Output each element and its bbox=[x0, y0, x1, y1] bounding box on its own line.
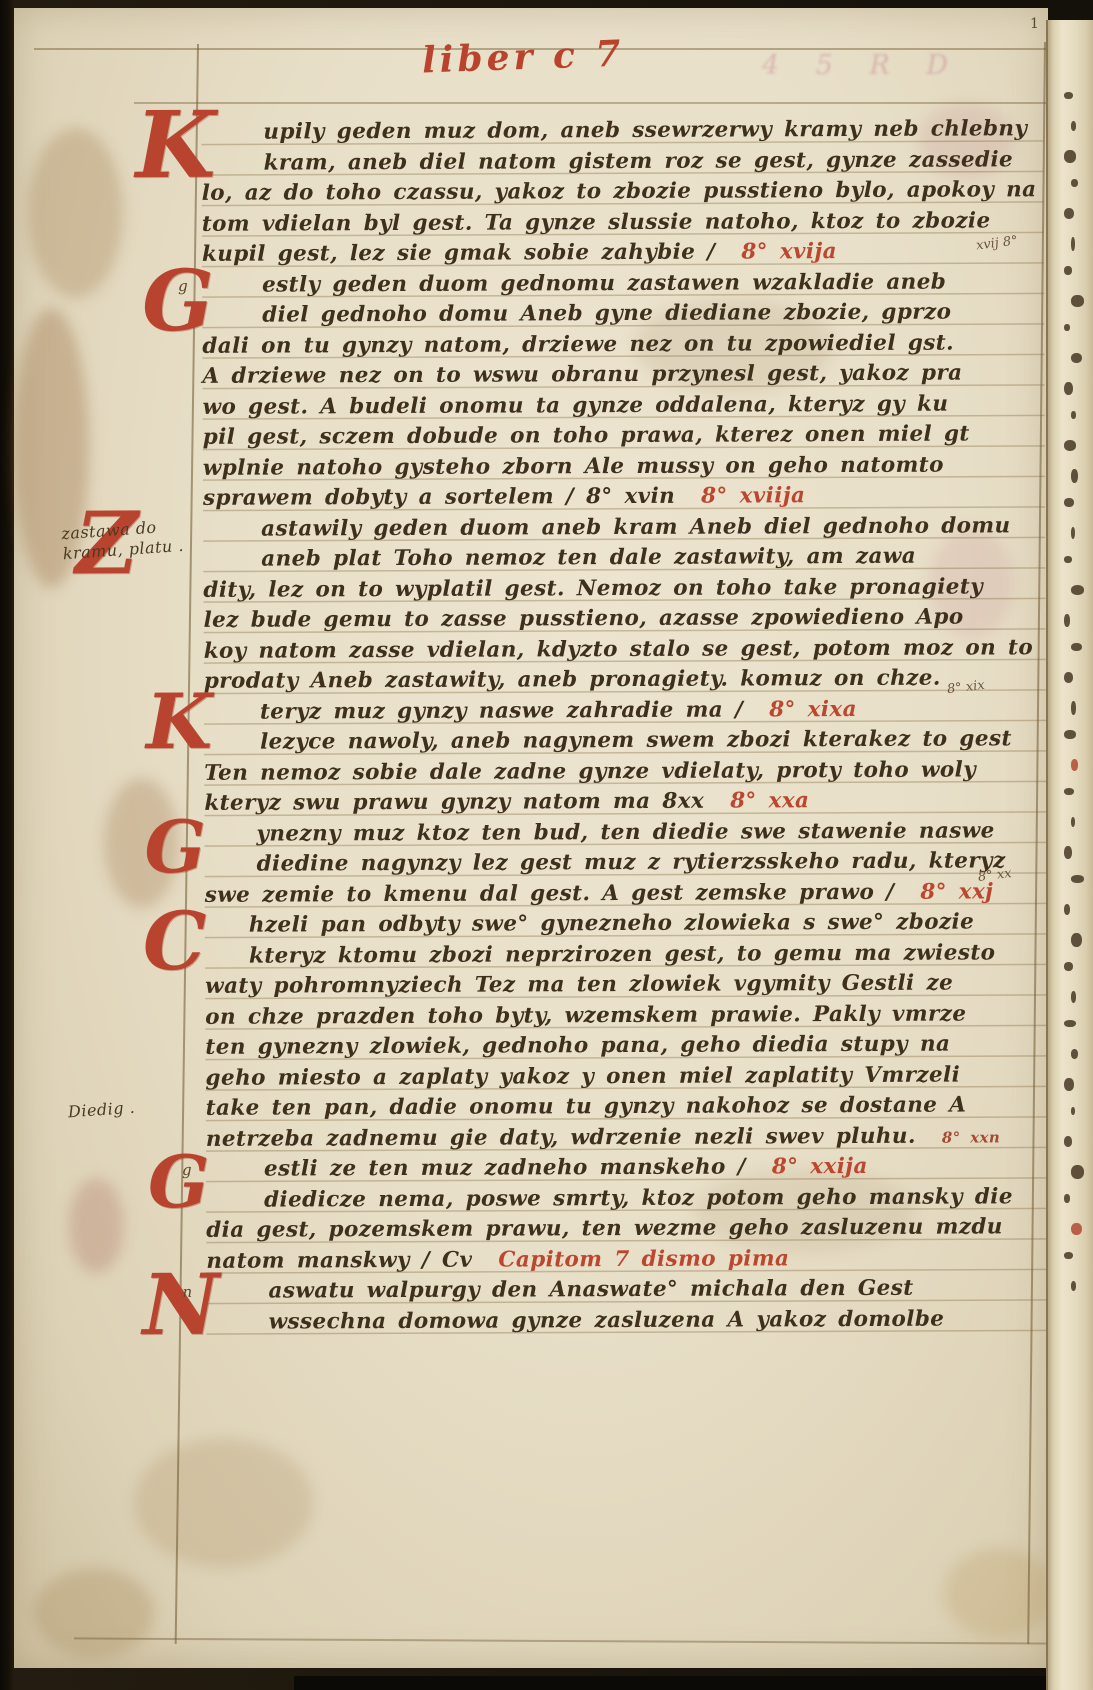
line-text: Ten nemoz sobie dale zadne gynze vdielat… bbox=[204, 757, 976, 785]
manuscript-text-line: ten gynezny zlowiek, gednoho pana, geho … bbox=[205, 1029, 1047, 1063]
manuscript-text-line: Ten nemoz sobie dale zadne gynze vdielat… bbox=[204, 755, 1046, 789]
next-page-text-sliver bbox=[1071, 1107, 1075, 1115]
next-page-text-sliver bbox=[1064, 324, 1070, 331]
next-page-text-sliver bbox=[1071, 817, 1075, 827]
illuminated-initial: G bbox=[148, 1151, 210, 1212]
line-text: lo, az do toho czassu, yakoz to zbozie p… bbox=[202, 177, 1037, 206]
line-text: koy natom zasse vdielan, kdyzto stalo se… bbox=[204, 635, 1034, 664]
manuscript-text-line: diedine nagynzy lez gest muz z rytierzss… bbox=[205, 846, 1047, 880]
text-section: Kteryz muz gynzy naswe zahradie ma /8° x… bbox=[204, 694, 1047, 820]
manuscript-text-line: aswatu walpurgy den Anaswate° michala de… bbox=[206, 1273, 1048, 1307]
next-page-text-sliver bbox=[1071, 237, 1075, 251]
next-page-text-sliver bbox=[1064, 614, 1070, 627]
line-text: kteryz swu prawu gynzy natom ma 8xx bbox=[204, 789, 704, 816]
margin-note-line: Diedig . bbox=[67, 1098, 135, 1123]
next-page-text-sliver bbox=[1071, 875, 1084, 883]
next-page-text-sliver bbox=[1064, 672, 1073, 683]
manuscript-text-line: wo gest. A budeli onomu ta gynze oddalen… bbox=[203, 389, 1045, 423]
manuscript-text-line: hzeli pan odbyty swe° gynezneho zlowieka… bbox=[205, 907, 1047, 941]
next-page-text-sliver bbox=[1071, 1281, 1076, 1291]
manuscript-page: liber c 7 4 5 R D 1 Kupily geden muz dom… bbox=[14, 8, 1048, 1668]
manuscript-text-line: lez bude gemu to zasse pusstieno, azasse… bbox=[203, 602, 1045, 636]
next-page-text-sliver bbox=[1064, 266, 1072, 275]
text-section: Ggestly geden duom gednomu zastawen wzak… bbox=[202, 267, 1045, 515]
text-section: Kupily geden muz dom, aneb ssewrzerwy kr… bbox=[201, 114, 1044, 270]
line-text: diel gednoho domu Aneb gyne diediane zbo… bbox=[262, 300, 951, 328]
rubric-chapter-reference: 8° xixa bbox=[769, 696, 857, 721]
next-page-text-sliver bbox=[1071, 469, 1078, 483]
next-page-text-sliver bbox=[1071, 353, 1082, 363]
manuscript-text-line: lezyce nawoly, aneb nagynem swem zbozi k… bbox=[204, 724, 1046, 758]
line-text: upily geden muz dom, aneb ssewrzerwy kra… bbox=[263, 116, 1027, 144]
manuscript-text-line: estly geden duom gednomu zastawen wzakla… bbox=[202, 267, 1044, 301]
manuscript-text-line: kram, aneb diel natom gistem roz se gest… bbox=[201, 145, 1043, 179]
line-text: netrzeba zadnemu gie daty, wdrzenie nezl… bbox=[206, 1123, 916, 1151]
rubric-chapter-reference: 8° xxa bbox=[730, 788, 809, 813]
next-page-text-sliver bbox=[1071, 411, 1076, 419]
rubric-chapter-reference: 8° xxija bbox=[772, 1154, 868, 1179]
ruling-line-bottom bbox=[74, 1637, 1054, 1644]
manuscript-text-line: wssechna domowa gynze zasluzena A yakoz … bbox=[207, 1304, 1049, 1338]
manuscript-text-line: diel gednoho domu Aneb gyne diediane zbo… bbox=[202, 297, 1044, 331]
manuscript-text-line: teryz muz gynzy naswe zahradie ma /8° xi… bbox=[204, 694, 1046, 728]
illuminated-initial: G bbox=[144, 815, 206, 876]
next-page-text-sliver bbox=[1064, 150, 1076, 163]
next-page-text-sliver bbox=[1064, 846, 1072, 859]
text-block: Kupily geden muz dom, aneb ssewrzerwy kr… bbox=[201, 114, 1048, 1338]
manuscript-text-line: prodaty Aneb zastawity, aneb pronagiety.… bbox=[204, 663, 1046, 697]
line-text: wplnie natoho gysteho zborn Ale mussy on… bbox=[203, 452, 944, 480]
line-text: prodaty Aneb zastawity, aneb pronagiety.… bbox=[204, 666, 941, 694]
line-text: ten gynezny zlowiek, gednoho pana, geho … bbox=[205, 1032, 950, 1060]
rubric-chapter-reference: 8° xviija bbox=[701, 483, 805, 508]
line-text: on chze prazden toho byty, wzemskem praw… bbox=[205, 1001, 966, 1029]
next-page-text-sliver bbox=[1064, 1252, 1073, 1259]
next-page-text-sliver bbox=[1064, 904, 1070, 915]
next-page-text-sliver bbox=[1071, 295, 1084, 307]
rubric-chapter-reference: 8° xvija bbox=[741, 239, 837, 264]
manuscript-text-line: geho miesto a zaplaty yakoz y onen miel … bbox=[205, 1060, 1047, 1094]
line-text: dity, lez on to wyplatil gest. Nemoz on … bbox=[203, 574, 983, 602]
next-page-text-sliver bbox=[1071, 1049, 1078, 1059]
line-text: sprawem dobyty a sortelem / 8° xvin bbox=[203, 484, 675, 511]
line-text: aswatu walpurgy den Anaswate° michala de… bbox=[268, 1276, 913, 1304]
text-section: Chzeli pan odbyty swe° gynezneho zlowiek… bbox=[205, 907, 1048, 1155]
text-section: Zastawily geden duom aneb kram Aneb diel… bbox=[203, 511, 1046, 698]
next-page-text-sliver bbox=[1064, 92, 1073, 99]
next-page-text-sliver bbox=[1071, 991, 1076, 1003]
manuscript-text-line: wplnie natoho gysteho zborn Ale mussy on… bbox=[203, 450, 1045, 484]
next-page-text-sliver bbox=[1071, 585, 1084, 595]
manuscript-text-line: take ten pan, dadie onomu tu gynzy nakoh… bbox=[206, 1090, 1048, 1124]
illuminated-initial: C bbox=[143, 907, 207, 975]
line-text: teryz muz gynzy naswe zahradie ma / bbox=[260, 697, 743, 724]
line-text: take ten pan, dadie onomu tu gynzy nakoh… bbox=[206, 1093, 967, 1121]
ruling-line-header bbox=[134, 102, 1046, 104]
rubric-chapter-reference: 8° xxn bbox=[942, 1128, 1000, 1146]
margin-note: Diedig . bbox=[67, 1098, 135, 1123]
line-text: geho miesto a zaplaty yakoz y onen miel … bbox=[205, 1062, 960, 1090]
manuscript-text-line: pil gest, sczem dobude on toho prawa, kt… bbox=[203, 419, 1045, 453]
next-page-text-sliver bbox=[1064, 962, 1073, 971]
line-text: ynezny muz ktoz ten bud, ten diedie swe … bbox=[256, 818, 994, 846]
next-page-text-sliver bbox=[1071, 759, 1078, 771]
next-page-text-sliver bbox=[1071, 179, 1078, 187]
parchment-stain bbox=[34, 1568, 154, 1658]
illuminated-initial: K bbox=[146, 689, 212, 754]
line-text: lez bude gemu to zasse pusstieno, azasse… bbox=[203, 605, 963, 633]
manuscript-text-line: estli ze ten muz zadneho manskeho /8° xx… bbox=[206, 1151, 1048, 1185]
line-text: kram, aneb diel natom gistem roz se gest… bbox=[263, 147, 1013, 175]
text-section: Nnaswatu walpurgy den Anaswate° michala … bbox=[206, 1273, 1048, 1338]
line-text: lezyce nawoly, aneb nagynem swem zbozi k… bbox=[260, 726, 1012, 754]
line-text: natom manskwy / Cv bbox=[206, 1247, 472, 1273]
next-page-text-sliver bbox=[1064, 208, 1074, 219]
manuscript-text-line: natom manskwy / CvCapitom 7 dismo pima bbox=[206, 1243, 1048, 1277]
line-text: estly geden duom gednomu zastawen wzakla… bbox=[262, 269, 946, 297]
next-page-text-sliver bbox=[1071, 121, 1076, 131]
manuscript-text-line: kteryz ktomu zbozi neprzirozen gest, to … bbox=[205, 938, 1047, 972]
text-section: Gynezny muz ktoz ten bud, ten diedie swe… bbox=[204, 816, 1046, 911]
manuscript-text-line: astawily geden duom aneb kram Aneb diel … bbox=[203, 511, 1045, 545]
manuscript-text-line: sprawem dobyty a sortelem / 8° xvin8° xv… bbox=[203, 480, 1045, 514]
manuscript-text-line: aneb plat Toho nemoz ten dale zastawity,… bbox=[203, 541, 1045, 575]
page-bottom-shadow bbox=[294, 1676, 1054, 1690]
line-text: hzeli pan odbyty swe° gynezneho zlowieka… bbox=[249, 909, 974, 937]
next-page-text-sliver bbox=[1064, 1020, 1076, 1027]
paragraph-mark: g bbox=[178, 276, 188, 294]
line-text: estli ze ten muz zadneho manskeho / bbox=[264, 1154, 746, 1181]
next-page-text-sliver bbox=[1071, 527, 1075, 539]
ghost-stamp: 4 5 R D bbox=[762, 50, 962, 81]
manuscript-text-line: waty pohromnyziech Tez ma ten zlowiek vg… bbox=[205, 968, 1047, 1002]
line-text: dia gest, pozemskem prawu, ten wezme geh… bbox=[206, 1214, 1003, 1242]
manuscript-text-line: dali on tu gynzy natom, drziewe nez on t… bbox=[202, 328, 1044, 362]
text-section: Ggestli ze ten muz zadneho manskeho /8° … bbox=[206, 1151, 1049, 1277]
manuscript-text-line: lo, az do toho czassu, yakoz to zbozie p… bbox=[202, 175, 1044, 209]
line-text: wo gest. A budeli onomu ta gynze oddalen… bbox=[203, 391, 949, 419]
manuscript-scan: liber c 7 4 5 R D 1 Kupily geden muz dom… bbox=[0, 0, 1093, 1690]
manuscript-text-line: tom vdielan byl gest. Ta gynze slussie n… bbox=[202, 206, 1044, 240]
manuscript-text-line: dia gest, pozemskem prawu, ten wezme geh… bbox=[206, 1212, 1048, 1246]
manuscript-text-line: netrzeba zadnemu gie daty, wdrzenie nezl… bbox=[206, 1121, 1048, 1155]
next-page-text-sliver bbox=[1071, 1223, 1082, 1235]
next-page-text-sliver bbox=[1064, 1194, 1070, 1203]
manuscript-text-line: kteryz swu prawu gynzy natom ma 8xx8° xx… bbox=[204, 785, 1046, 819]
folio-number: 1 bbox=[1030, 16, 1039, 32]
manuscript-text-line: diedicze nema, poswe smrty, ktoz potom g… bbox=[206, 1182, 1048, 1216]
next-page-text-sliver bbox=[1064, 730, 1076, 739]
line-text: wssechna domowa gynze zasluzena A yakoz … bbox=[269, 1306, 945, 1334]
line-text: diedicze nema, poswe smrty, ktoz potom g… bbox=[264, 1184, 1013, 1212]
line-text: astawily geden duom aneb kram Aneb diel … bbox=[261, 513, 1011, 541]
next-page-text-sliver bbox=[1064, 556, 1072, 563]
next-page-text-sliver bbox=[1064, 1136, 1072, 1147]
illuminated-initial: N bbox=[142, 1269, 219, 1341]
parchment-stain bbox=[134, 1438, 314, 1568]
next-page-text-sliver bbox=[1064, 788, 1074, 795]
line-text: diedine nagynzy lez gest muz z rytierzss… bbox=[257, 848, 1006, 876]
manuscript-text-line: swe zemie to kmenu dal gest. A gest zems… bbox=[205, 877, 1047, 911]
next-page-text-sliver bbox=[1064, 440, 1076, 451]
line-text: kupil gest, lez sie gmak sobie zahybie / bbox=[202, 240, 716, 267]
manuscript-text-line: on chze prazden toho byty, wzemskem praw… bbox=[205, 999, 1047, 1033]
line-text: pil gest, sczem dobude on toho prawa, kt… bbox=[203, 421, 970, 449]
illuminated-initial: G bbox=[142, 264, 214, 336]
rubric-chapter-reference: Capitom 7 dismo pima bbox=[498, 1246, 789, 1272]
running-title: liber c 7 bbox=[421, 32, 625, 81]
line-text: A drziewe nez on to wswu obranu przynesl… bbox=[202, 361, 962, 389]
book-fore-edge bbox=[1046, 20, 1093, 1690]
manuscript-text-line: upily geden muz dom, aneb ssewrzerwy kra… bbox=[201, 114, 1043, 148]
line-text: tom vdielan byl gest. Ta gynze slussie n… bbox=[202, 208, 991, 236]
manuscript-text-line: ynezny muz ktoz ten bud, ten diedie swe … bbox=[204, 816, 1046, 850]
next-page-text-sliver bbox=[1064, 498, 1074, 507]
paragraph-mark: n bbox=[182, 1283, 192, 1301]
next-page-text-sliver bbox=[1064, 1078, 1074, 1091]
next-page-text-sliver bbox=[1071, 1165, 1084, 1179]
line-text: waty pohromnyziech Tez ma ten zlowiek vg… bbox=[205, 971, 953, 999]
illuminated-initial: K bbox=[135, 106, 215, 185]
manuscript-text-line: dity, lez on to wyplatil gest. Nemoz on … bbox=[203, 572, 1045, 606]
next-page-text-sliver bbox=[1071, 701, 1076, 715]
manuscript-text-line: koy natom zasse vdielan, kdyzto stalo se… bbox=[204, 633, 1046, 667]
manuscript-text-line: A drziewe nez on to wswu obranu przynesl… bbox=[202, 358, 1044, 392]
line-text: dali on tu gynzy natom, drziewe nez on t… bbox=[202, 330, 954, 358]
margin-note: zastawa dokramu, platu . bbox=[61, 516, 185, 564]
paragraph-mark: g bbox=[182, 1161, 192, 1179]
manuscript-text-line: kupil gest, lez sie gmak sobie zahybie /… bbox=[202, 236, 1044, 270]
parchment-stain bbox=[69, 1178, 124, 1273]
line-text: swe zemie to kmenu dal gest. A gest zems… bbox=[205, 879, 895, 907]
parchment-stain bbox=[944, 1548, 1054, 1638]
parchment-stain bbox=[28, 128, 123, 298]
next-page-text-sliver bbox=[1071, 933, 1082, 947]
line-text: aneb plat Toho nemoz ten dale zastawity,… bbox=[261, 544, 916, 572]
line-text: kteryz ktomu zbozi neprzirozen gest, to … bbox=[249, 940, 995, 968]
next-page-text-sliver bbox=[1064, 382, 1073, 395]
next-page-text-sliver bbox=[1071, 643, 1082, 651]
